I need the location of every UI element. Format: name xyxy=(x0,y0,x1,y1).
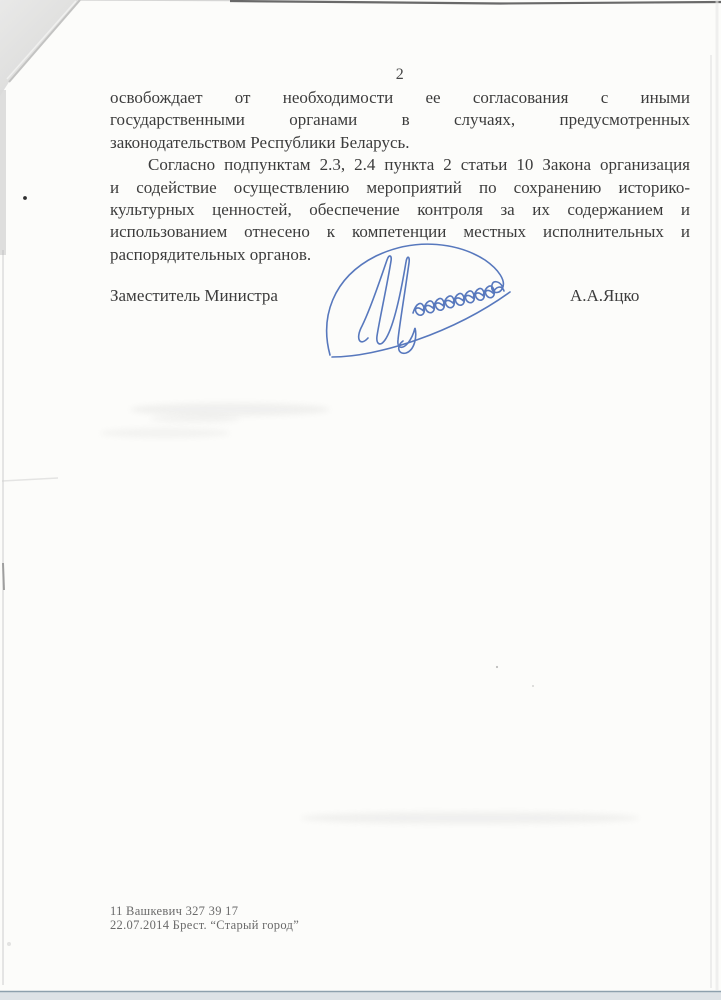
scan-edge-top xyxy=(230,1,721,4)
text-line: культурных ценностей, обеспечение контро… xyxy=(110,199,690,221)
page-number: 2 xyxy=(110,66,690,84)
text-line: государственными органами в случаях, пре… xyxy=(110,109,690,131)
position-title: Заместитель Министра xyxy=(110,286,278,306)
corner-fold xyxy=(0,0,80,96)
signature-scribble xyxy=(318,240,538,370)
scanned-document-page: 2 освобождает от необходимости ее соглас… xyxy=(0,0,721,1000)
footer-note: 11 Вашкевич 327 39 17 22.07.2014 Брест. … xyxy=(110,905,299,932)
text-line: и содействие осуществлению мероприятий п… xyxy=(110,177,690,199)
scan-edge-left xyxy=(0,90,6,255)
signatory-name: А.А.Яцко xyxy=(570,286,639,306)
footer-line-1: 11 Вашкевич 327 39 17 xyxy=(110,905,299,919)
scan-edge-bottom xyxy=(0,992,721,1000)
text-line: Согласно подпунктам 2.3, 2.4 пункта 2 ст… xyxy=(110,154,690,176)
footer-line-2: 22.07.2014 Брест. “Старый город” xyxy=(110,919,299,933)
bleed-through-smudge xyxy=(130,403,330,416)
bleed-through-smudge xyxy=(300,812,640,824)
text-line: законодательством Республики Беларусь. xyxy=(110,132,690,154)
ink-dot xyxy=(23,196,27,200)
text-line: освобождает от необходимости ее согласов… xyxy=(110,87,690,109)
bleed-through-smudge xyxy=(150,415,240,423)
bleed-through-smudge xyxy=(100,428,230,438)
